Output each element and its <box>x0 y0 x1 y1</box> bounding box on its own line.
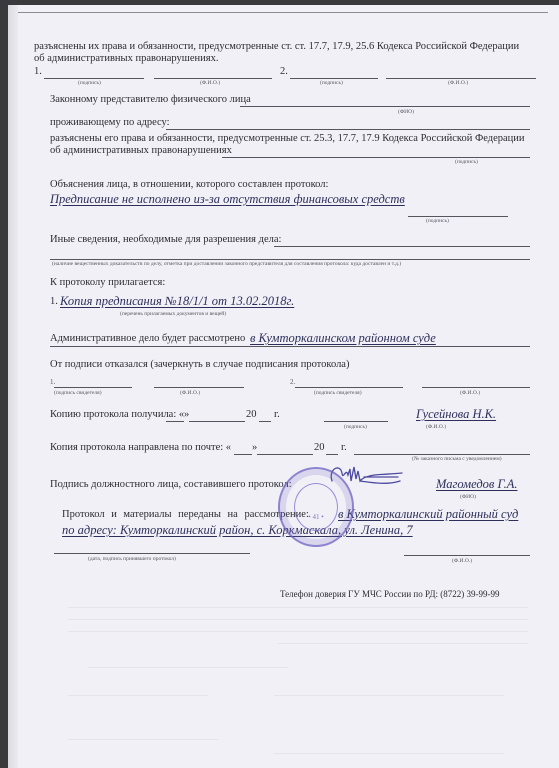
rep-rights-signature-line[interactable] <box>222 157 530 158</box>
witness-2-fio-line[interactable] <box>386 78 536 79</box>
witnesses-rights-text: разъяснены их права и обязанности, преду… <box>34 41 519 53</box>
refused-label: От подписи отказался (зачеркнуть в случа… <box>50 359 349 371</box>
show-through <box>68 607 528 608</box>
receiver-signature-line[interactable] <box>54 553 250 554</box>
refused-witness-2-fio-line[interactable] <box>422 387 530 388</box>
copy-mailed-month-line[interactable] <box>257 454 313 455</box>
copy-mailed-year-line[interactable] <box>326 454 338 455</box>
show-through <box>278 643 528 644</box>
legal-rep-line[interactable] <box>240 106 530 107</box>
rep-rights-text-2: об административных правонарушениях <box>50 145 232 157</box>
witness-2-number: 2. <box>280 66 288 78</box>
year-suffix: г. <box>341 442 347 454</box>
caption-fio: (Ф.И.О.) <box>180 390 200 397</box>
other-info-line-2[interactable] <box>50 259 530 260</box>
other-info-line[interactable] <box>274 246 530 247</box>
transferred-court: в Кумторкалинский районный суд <box>338 507 518 521</box>
official-stamp: • 41 • <box>278 467 354 547</box>
witness-1-fio-line[interactable] <box>154 78 272 79</box>
caption-fio: (Ф.И.О.) <box>200 80 220 87</box>
receiver-caption: (дата, подпись принявшего протокол) <box>88 556 176 563</box>
refused-witness-1: 1. <box>50 379 55 386</box>
rep-rights-text: разъяснены его права и обязанности, пред… <box>50 133 525 145</box>
other-info-caption: (наличие вещественных доказательств по д… <box>52 261 401 268</box>
court-line <box>50 346 530 347</box>
rep-rights-caption: (подпись) <box>455 159 478 166</box>
attached-caption: (перечень прилагаемых документов и вещей… <box>120 311 226 318</box>
explanation-value: Предписание не исполнено из-за отсутстви… <box>50 192 405 206</box>
explanation-caption: (подпись) <box>426 218 449 225</box>
receiver-fio-line[interactable] <box>404 555 530 556</box>
copy-received-label: Копию протокола получила: « <box>50 409 184 421</box>
witness-2-signature-line[interactable] <box>290 78 378 79</box>
copy-received-year-line[interactable] <box>259 421 271 422</box>
show-through <box>88 667 288 668</box>
show-through <box>68 631 528 632</box>
explanation-signature-line[interactable] <box>408 216 508 217</box>
attached-value: Копия предписания №18/1/1 от 13.02.2018г… <box>60 294 294 308</box>
refused-witness-2-signature-line[interactable] <box>295 387 403 388</box>
attached-label: К протоколу прилагается: <box>50 277 165 289</box>
caption-fio: (Ф.И.О.) <box>448 80 468 87</box>
copy-received-name-caption: (Ф.И.О.) <box>426 424 446 431</box>
official-name: Магомедов Г.А. <box>436 477 518 491</box>
witness-1-signature-line[interactable] <box>44 78 144 79</box>
top-rule <box>18 12 548 13</box>
show-through <box>274 753 504 754</box>
receiver-fio-caption: (Ф.И.О.) <box>452 558 472 565</box>
year-prefix: 20 <box>246 409 257 421</box>
official-sig-label: Подпись должностного лица, составившего … <box>50 479 292 491</box>
copy-mailed-day-line[interactable] <box>234 454 252 455</box>
refused-witness-1-fio-line[interactable] <box>154 387 244 388</box>
copy-mailed-caption: (№ заказного письма с уведомлением) <box>412 456 502 463</box>
stamp-number: • 41 • <box>280 513 352 521</box>
caption-signature: (подпись) <box>78 80 101 87</box>
show-through <box>68 695 208 696</box>
legal-rep-caption: (ФИО) <box>398 109 414 116</box>
copy-received-name: Гусейнова Н.К. <box>416 407 496 421</box>
document-page: разъяснены их права и обязанности, преду… <box>8 5 559 768</box>
quote-close: » <box>184 409 189 421</box>
stamp-inner-ring <box>294 483 338 531</box>
court-label: Административное дело будет рассмотрено <box>50 333 245 345</box>
transferred-text: Протокол и материалы переданы на рассмот… <box>62 509 309 521</box>
caption-signature: (подпись) <box>320 80 343 87</box>
copy-received-signature-line[interactable] <box>324 421 388 422</box>
show-through <box>274 695 504 696</box>
court-value: в Кумторкалинском районном суде <box>250 331 436 345</box>
official-name-caption: (ФИО) <box>460 494 476 501</box>
refused-witness-1-signature-line[interactable] <box>54 387 132 388</box>
hotline-text: Телефон доверия ГУ МЧС России по РД: (87… <box>280 588 499 600</box>
copy-received-sig-caption: (подпись) <box>344 424 367 431</box>
quote-close: » <box>252 442 257 454</box>
witness-1-number: 1. <box>34 66 42 78</box>
address-label: проживающему по адресу: <box>50 117 170 129</box>
explanation-label: Объяснения лица, в отношении, которого с… <box>50 179 328 191</box>
show-through <box>68 619 528 620</box>
year-suffix: г. <box>274 409 280 421</box>
caption-fio: (Ф.И.О.) <box>460 390 480 397</box>
year-prefix: 20 <box>314 442 325 454</box>
copy-mailed-label: Копия протокола направлена по почте: « <box>50 442 231 454</box>
copy-received-day-line[interactable] <box>166 421 184 422</box>
show-through <box>68 739 218 740</box>
attached-number: 1. <box>50 296 58 308</box>
page-edge <box>8 5 18 768</box>
witnesses-rights-text-2: об административных правонарушениях. <box>34 53 218 65</box>
address-line[interactable] <box>166 129 530 130</box>
other-info-label: Иные сведения, необходимые для разрешени… <box>50 234 281 246</box>
refused-witness-2: 2. <box>290 379 295 386</box>
legal-rep-label: Законному представителю физического лица <box>50 94 251 106</box>
caption-witness-signature: (подпись свидетеля) <box>314 390 362 397</box>
copy-received-month-line[interactable] <box>189 421 245 422</box>
transferred-address: по адресу: Кумторкалинский район, с. Кор… <box>62 523 413 537</box>
caption-witness-signature: (подпись свидетеля) <box>54 390 102 397</box>
copy-mailed-letter-line[interactable] <box>354 454 530 455</box>
